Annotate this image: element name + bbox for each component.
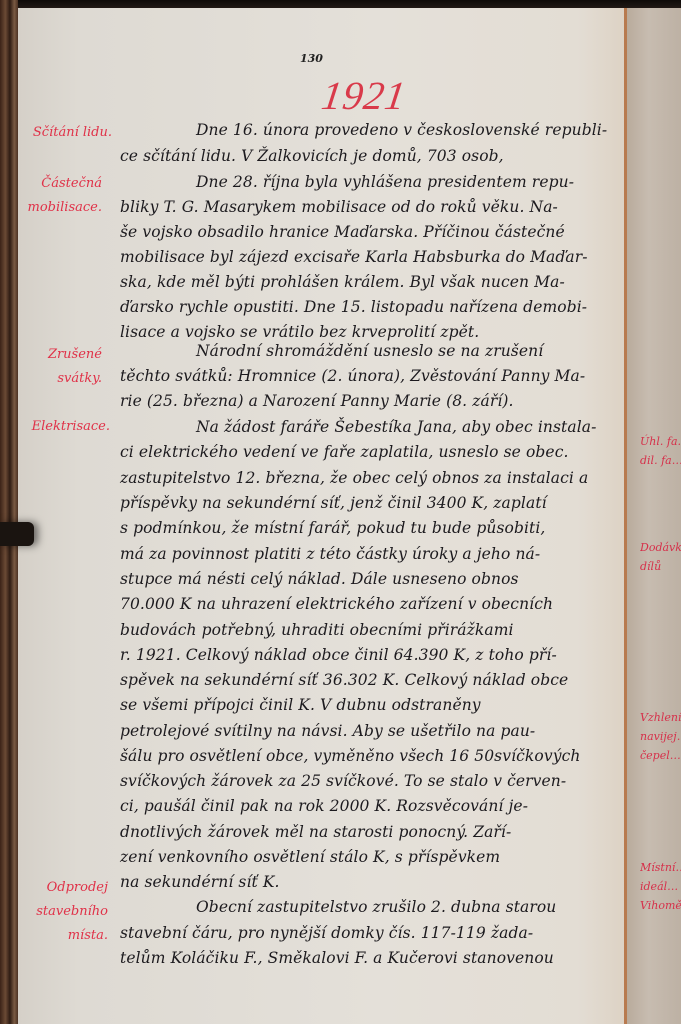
text-line: ďarsko rychle opustiti. Dne 15. listopad…	[120, 298, 587, 316]
text-line: se všemi přípojci činil K. V dubnu odstr…	[120, 696, 481, 714]
page-number: 130	[300, 52, 323, 65]
text-line: še vojsko obsadilo hranice Maďarska. Pří…	[120, 223, 565, 241]
text-line: ci, paušál činil pak na rok 2000 K. Rozs…	[120, 797, 528, 815]
text-line: dnotlivých žárovek měl na starosti ponoc…	[120, 823, 511, 841]
text-line: spěvek na sekundérní síť 36.302 K. Celko…	[120, 671, 568, 689]
text-line: s podmínkou, že místní farář, pokud tu b…	[120, 519, 545, 537]
right-note-line: ideál…	[640, 877, 681, 896]
text-line: bliky T. G. Masarykem mobilisace od do r…	[120, 198, 558, 216]
bookmark-tab	[0, 522, 34, 546]
right-note-line: čepel…	[640, 746, 681, 765]
right-note-line: dílů	[640, 557, 681, 576]
text-line: stupce má nésti celý náklad. Dále usnese…	[120, 570, 519, 588]
text-line: má za povinnost platiti z této částky úr…	[120, 545, 540, 563]
right-page-note: Úhl. fa… dil. fa…	[640, 432, 681, 470]
right-note-line: Úhl. fa…	[640, 432, 681, 451]
right-note-line: dil. fa…	[640, 451, 681, 470]
text-line: Na žádost faráře Šebestíka Jana, aby obe…	[196, 418, 596, 436]
margin-note-line: Sčítání lidu.	[22, 122, 112, 144]
text-line: šálu pro osvětlení obce, vyměněno všech …	[120, 747, 580, 765]
text-line: 70.000 K na uhrazení elektrického zaříze…	[120, 595, 553, 613]
text-line: ce sčítání lidu. V Žalkovicích je domů, …	[120, 147, 504, 165]
margin-note-line: Elektrisace.	[18, 416, 110, 438]
margin-note-line: Částečná	[22, 172, 102, 196]
margin-note-line: Zrušené	[22, 343, 102, 367]
text-line: Dne 28. října byla vyhlášena presidentem…	[196, 173, 574, 191]
text-line: svíčkových žárovek za 25 svíčkové. To se…	[120, 772, 566, 790]
margin-note-line: Odprodej	[18, 876, 108, 900]
text-line: budovách potřebný, uhraditi obecními při…	[120, 621, 514, 639]
text-line: petrolejové svítilny na návsi. Aby se uš…	[120, 722, 535, 740]
right-note-line: Místní…	[640, 858, 681, 877]
right-note-line: Dodávky	[640, 538, 681, 557]
text-line: zastupitelstvo 12. března, že obec celý …	[120, 469, 588, 487]
margin-note-mobilisation: Částečná mobilisace.	[22, 172, 102, 220]
text-line: zení venkovního osvětlení stálo K, s pří…	[120, 848, 500, 866]
text-line: příspěvky na sekundérní síť, jenž činil …	[120, 494, 547, 512]
margin-note-electrification: Elektrisace.	[18, 416, 110, 438]
year-heading: 1921	[319, 72, 410, 119]
right-page-note: Dodávky dílů	[640, 538, 681, 576]
margin-note-line: svátky.	[22, 367, 102, 391]
text-line: ci elektrického vedení ve faře zaplatila…	[120, 443, 569, 461]
margin-note-sale: Odprodej stavebního místa.	[18, 876, 108, 948]
right-note-line: navijej…	[640, 727, 681, 746]
text-line: r. 1921. Celkový náklad obce činil 64.39…	[120, 646, 557, 664]
right-page-note: Vzhlení navijej… čepel…	[640, 708, 681, 765]
text-line: lisace a vojsko se vrátilo bez krveproli…	[120, 323, 479, 341]
text-line: těchto svátků: Hromnice (2. února), Zvěs…	[120, 367, 585, 385]
right-page-note: Místní… ideál… Vihomě…	[640, 858, 681, 915]
margin-note-line: stavebního	[18, 900, 108, 924]
right-note-line: Vihomě…	[640, 896, 681, 915]
margin-note-line: místa.	[18, 924, 108, 948]
text-line: telům Koláčiku F., Směkalovi F. a Kučero…	[120, 949, 554, 967]
text-line: stavební čáru, pro nynější domky čís. 11…	[120, 924, 533, 942]
margin-note-census: Sčítání lidu.	[22, 122, 112, 144]
book-binding	[0, 0, 18, 1024]
text-line: ska, kde měl býti prohlášen králem. Byl …	[120, 273, 565, 291]
text-line: na sekundérní síť K.	[120, 873, 280, 891]
margin-note-holidays: Zrušené svátky.	[22, 343, 102, 391]
margin-note-line: mobilisace.	[22, 196, 102, 220]
text-line: Národní shromáždění usneslo se na zrušen…	[196, 342, 543, 360]
text-line: mobilisace byl zájezd excisaře Karla Hab…	[120, 248, 588, 266]
text-line: Dne 16. února provedeno v československé…	[196, 121, 607, 139]
text-line: rie (25. března) a Narození Panny Marie …	[120, 392, 514, 410]
text-line: Obecní zastupitelstvo zrušilo 2. dubna s…	[196, 898, 556, 916]
right-note-line: Vzhlení	[640, 708, 681, 727]
